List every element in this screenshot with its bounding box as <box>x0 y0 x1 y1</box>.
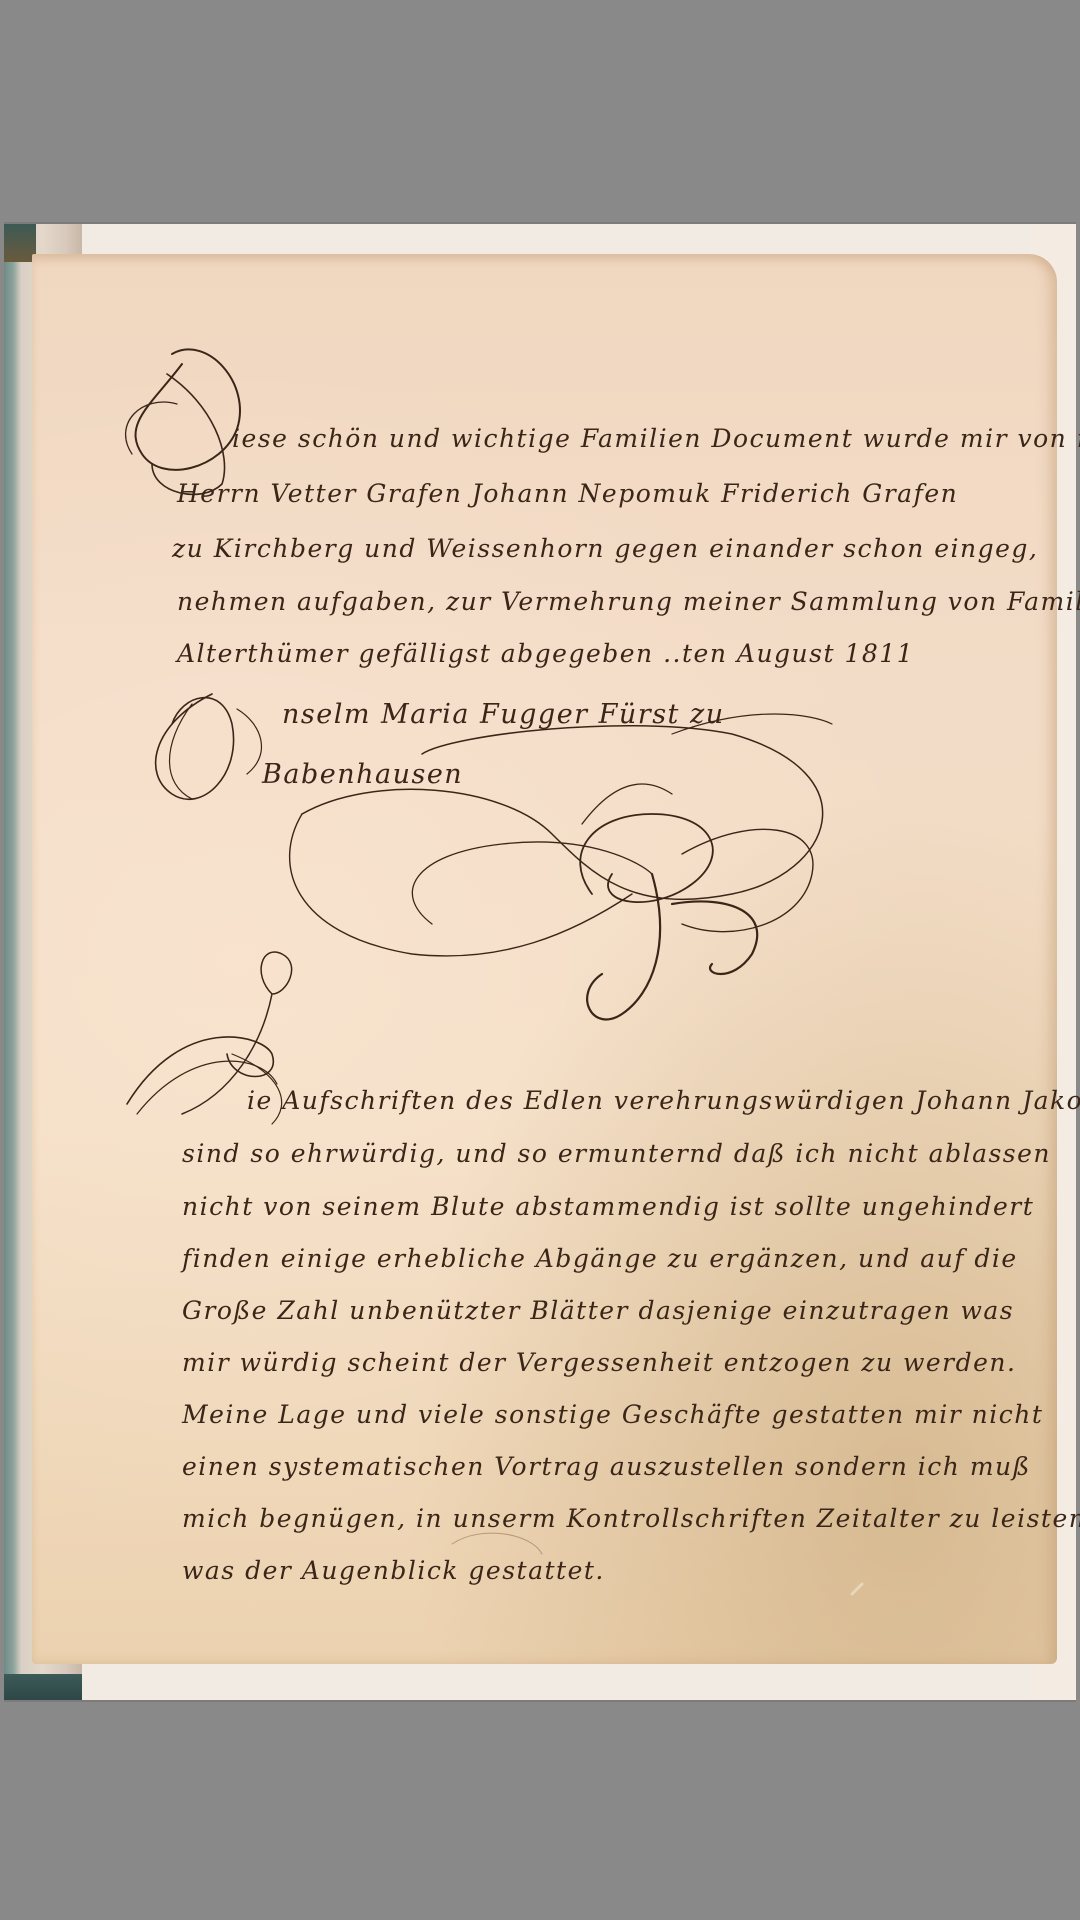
text-line: Meine Lage und viele sonstige Geschäfte … <box>182 1400 1043 1429</box>
text-line: mir würdig scheint der Vergessenheit ent… <box>182 1348 1016 1377</box>
manuscript-scan: iese schön und wichtige Familien Documen… <box>4 222 1076 1702</box>
text-line: finden einige erhebliche Abgänge zu ergä… <box>182 1244 1018 1273</box>
text-line: iese schön und wichtige Familien Documen… <box>232 424 1080 453</box>
text-line: nehmen aufgaben, zur Vermehrung meiner S… <box>177 587 1080 616</box>
binding-corner-bottom <box>4 1674 82 1700</box>
text-line: einen systematischen Vortrag auszustelle… <box>182 1452 1031 1481</box>
text-line: Herrn Vetter Grafen Johann Nepomuk Fride… <box>177 479 958 508</box>
text-line: ie Aufschriften des Edlen verehrungswürd… <box>247 1086 1080 1115</box>
signature-line: Babenhausen <box>262 759 463 790</box>
text-line: Große Zahl unbenützter Blätter dasjenige… <box>182 1296 1014 1325</box>
text-line: Alterthümer gefälligst abgegeben ..ten A… <box>177 639 914 668</box>
text-line: sind so ehrwürdig, und so ermunternd daß… <box>182 1139 1051 1168</box>
text-line: mich begnügen, in unserm Kontrollschrift… <box>182 1504 1080 1533</box>
signature-line: nselm Maria Fugger Fürst zu <box>282 699 725 730</box>
text-line: zu Kirchberg und Weissenhorn gegen einan… <box>172 534 1038 563</box>
text-line: nicht von seinem Blute abstammendig ist … <box>182 1192 1034 1221</box>
text-line: was der Augenblick gestattet. <box>182 1556 605 1585</box>
manuscript-page: iese schön und wichtige Familien Documen… <box>32 254 1057 1664</box>
